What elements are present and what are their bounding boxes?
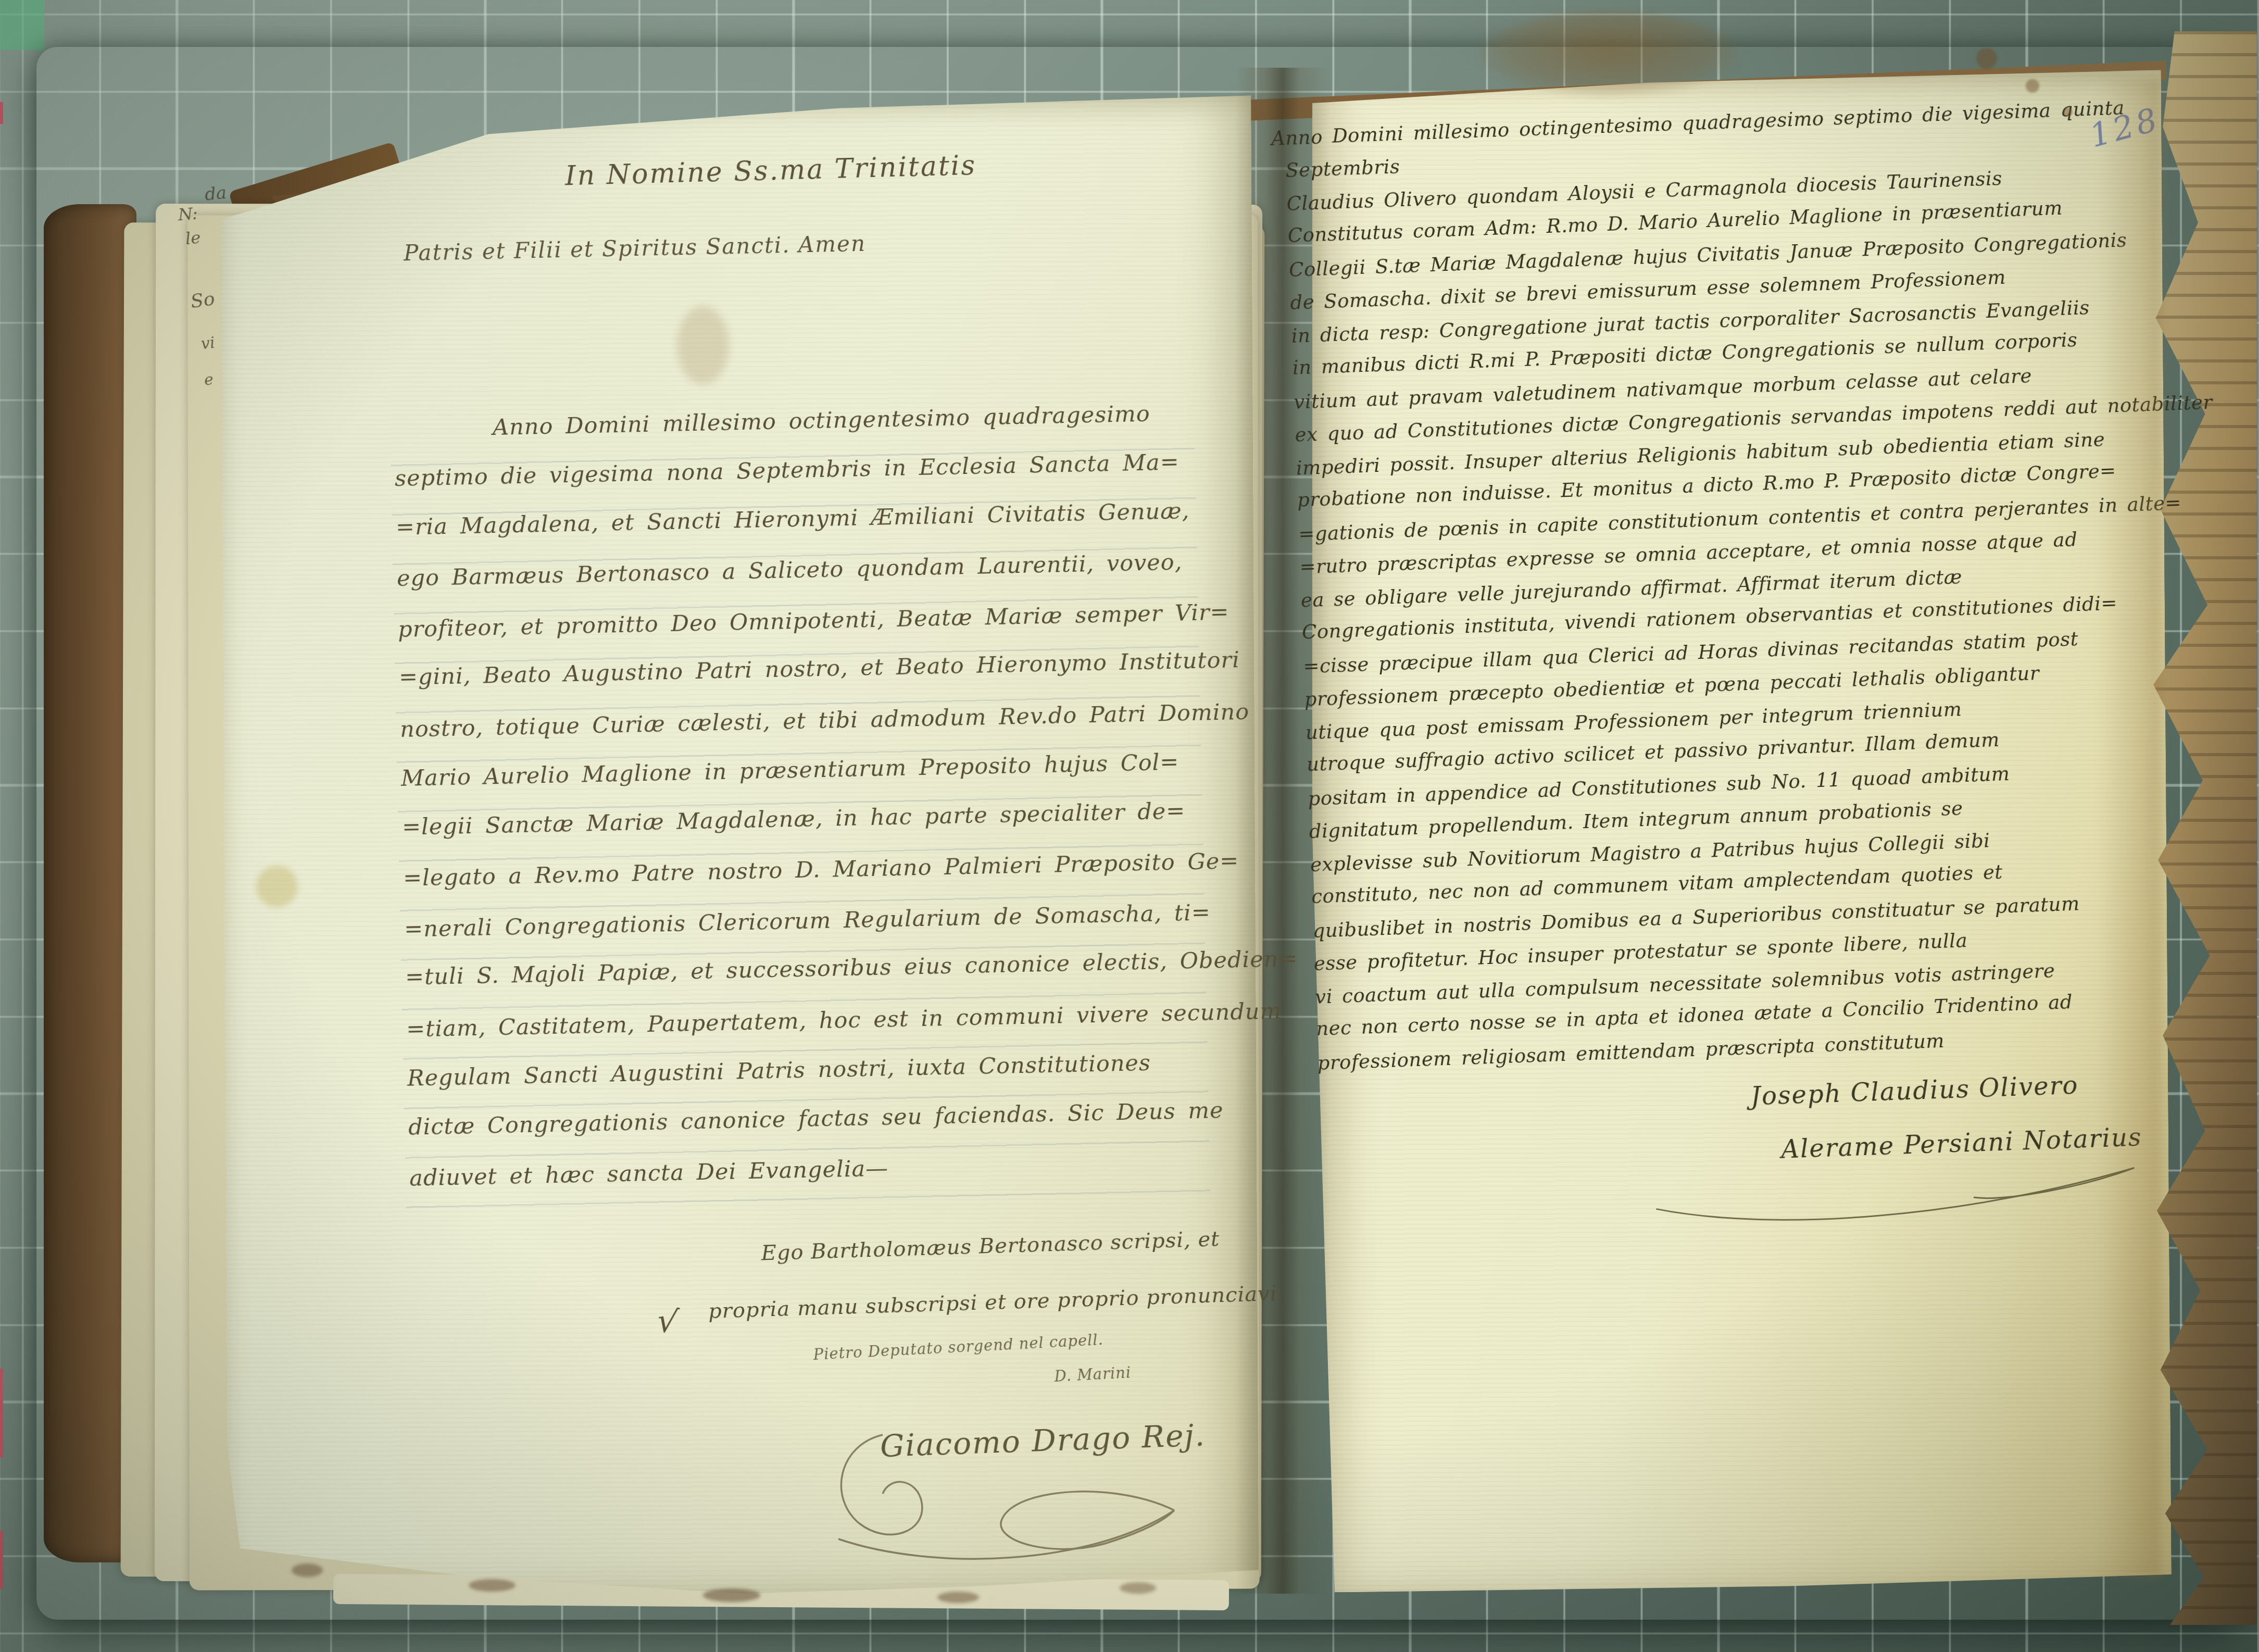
stain	[2099, 78, 2161, 1578]
manuscript-photo: da N: le So vi e In Nomine Ss.ma Trinita…	[0, 0, 2259, 1652]
edge-writing-fragment: N:	[178, 204, 198, 225]
right-page-body-text: Anno Domini millesimo octingentesimo qua…	[1284, 89, 2203, 1079]
edge-writing-fragment: le	[184, 228, 201, 248]
mat-corner-highlight	[0, 0, 45, 50]
edge-writing-fragment: da	[204, 182, 228, 205]
signature-flourish	[810, 1406, 1206, 1573]
mat-red-line	[0, 1531, 3, 1588]
edge-writing-fragment: vi	[200, 334, 216, 354]
mat-red-line	[0, 102, 3, 124]
left-page-attestation: Ego Bartholomæus Bertonasco scripsi, etp…	[721, 1209, 1285, 1339]
edge-writing-fragment: So	[189, 288, 216, 312]
text-line: D. Marini	[1053, 1355, 1132, 1394]
left-page-body-text: Anno Domini millesimo octingentesimo qua…	[393, 386, 1243, 1203]
mat-red-line	[0, 1369, 3, 1457]
edge-writing-fragment: e	[203, 370, 214, 390]
